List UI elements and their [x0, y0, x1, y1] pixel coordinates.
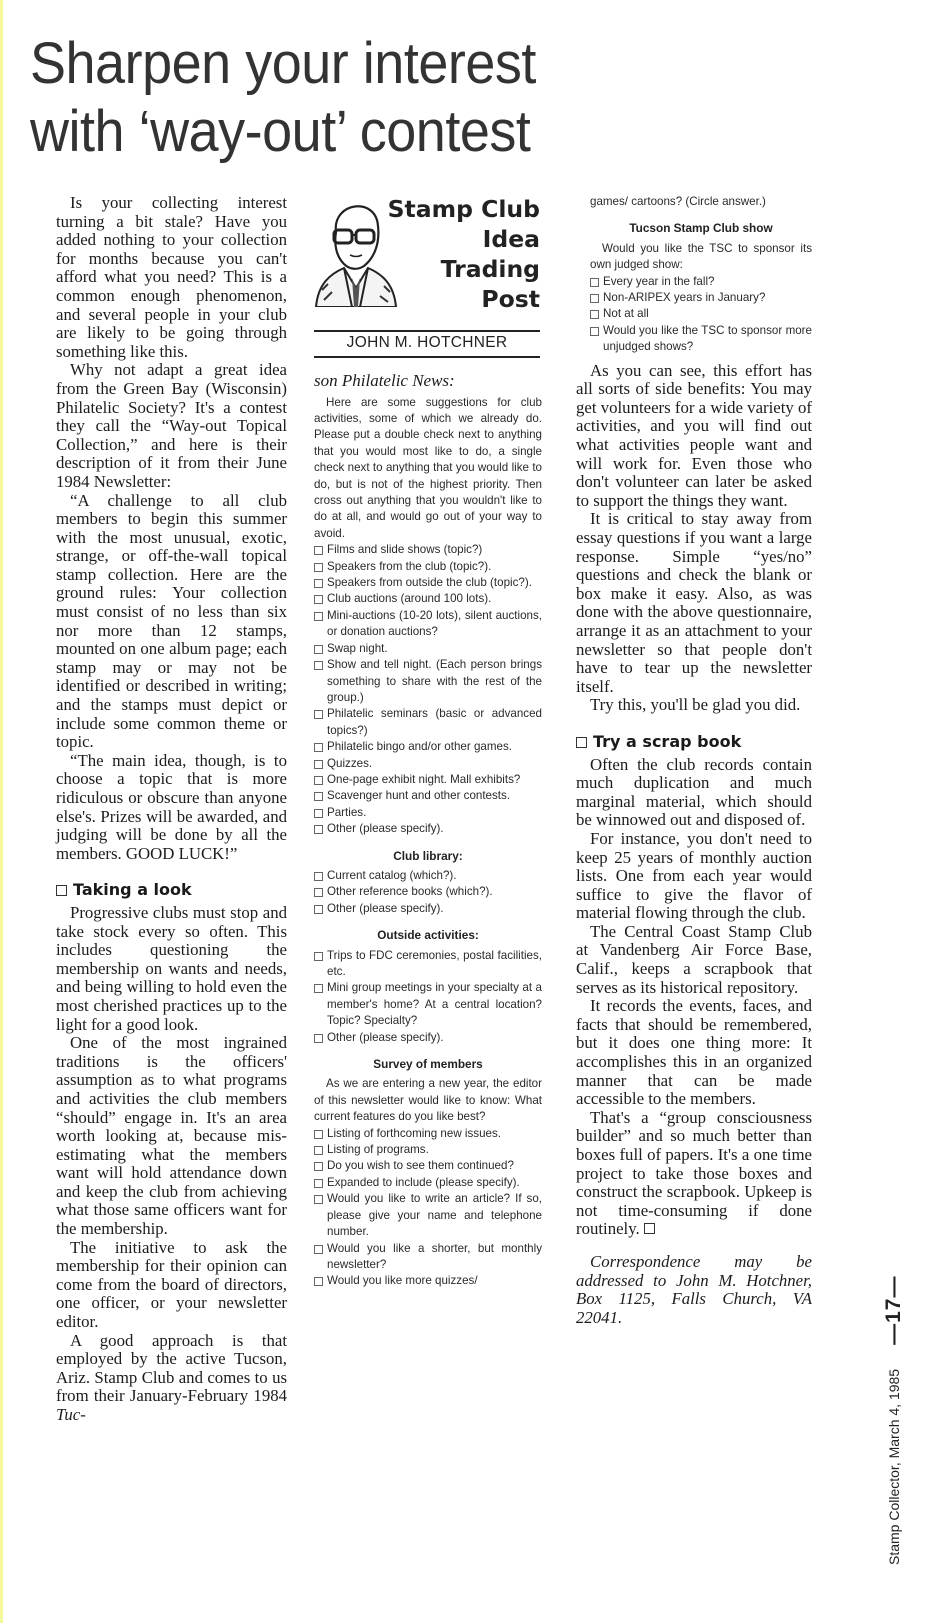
checkbox[interactable] — [314, 1245, 323, 1254]
paragraph: Progressive clubs must stop and take sto… — [56, 904, 287, 1034]
outside-checklist: Trips to FDC ceremonies, postal faciliti… — [314, 948, 542, 1046]
checkbox-square-icon — [56, 885, 67, 896]
checkbox[interactable] — [314, 905, 323, 914]
survey-intro: Here are some suggestions for club activ… — [314, 395, 542, 543]
survey-checklist: Listing of forthcoming new issues. Listi… — [314, 1126, 542, 1290]
paragraph: The Central Coast Stamp Club at Vandenbe… — [576, 923, 812, 997]
checkbox[interactable] — [314, 776, 323, 785]
activities-checklist: Films and slide shows (topic?) Speakers … — [314, 542, 542, 837]
checkbox[interactable] — [314, 809, 323, 818]
paragraph: For instance, you don't need to keep 25 … — [576, 830, 812, 923]
section-title-outside-activities: Outside activities: — [314, 927, 542, 943]
checklist-item[interactable]: Scavenger hunt and other contests. — [314, 788, 542, 804]
checklist-item[interactable]: One-page exhibit night. Mall exhibits? — [314, 772, 542, 788]
survey-continuation: games/ cartoons? (Circle answer.) — [590, 194, 812, 210]
headline: Sharpen your interest with ‘way-out’ con… — [30, 30, 700, 166]
column-logo-title: Stamp Club Idea Trading Post — [388, 194, 540, 314]
checklist-item[interactable]: Speakers from the club (topic?). — [314, 559, 542, 575]
show-intro: Would you like the TSC to sponsor its ow… — [590, 241, 812, 274]
paragraph: As you can see, this effort has all sort… — [576, 362, 812, 511]
checklist-item[interactable]: Other (please specify). — [314, 1030, 542, 1046]
section-title-survey: Survey of members — [314, 1056, 542, 1072]
section-title-tsc-show: Tucson Stamp Club show — [590, 220, 812, 236]
continued-italic-lead: son Philatelic News: — [314, 372, 542, 391]
checkbox[interactable] — [314, 1179, 323, 1188]
checklist-item[interactable]: Not at all — [590, 306, 812, 322]
paragraph: Why not adapt a great idea from the Gree… — [56, 361, 287, 491]
section-title-club-library: Club library: — [314, 848, 542, 864]
checkbox[interactable] — [314, 792, 323, 801]
library-checklist: Current catalog (which?). Other referenc… — [314, 868, 542, 917]
divider — [314, 330, 540, 332]
checkbox[interactable] — [590, 310, 599, 319]
end-mark-square-icon — [644, 1223, 655, 1234]
page-edge — [0, 0, 3, 1623]
checklist-item[interactable]: Club auctions (around 100 lots). — [314, 591, 542, 607]
checkbox[interactable] — [590, 327, 599, 336]
checklist-item[interactable]: Other (please specify). — [314, 901, 542, 917]
show-checklist: Every year in the fall? Non-ARIPEX years… — [590, 274, 812, 356]
subhead-taking-a-look: Taking a look — [56, 881, 287, 900]
column-1: Is your collecting interest turning a bi… — [56, 194, 287, 1425]
paragraph: “A challenge to all club members to begi… — [56, 492, 287, 752]
checklist-item[interactable]: Philatelic bingo and/or other games. — [314, 739, 542, 755]
subhead-try-a-scrap-book: Try a scrap book — [576, 733, 812, 752]
checkbox[interactable] — [590, 294, 599, 303]
checkbox[interactable] — [314, 952, 323, 961]
checkbox[interactable] — [314, 825, 323, 834]
correspondence-note: Correspondence may be addressed to John … — [576, 1253, 812, 1327]
checklist-item[interactable]: Do you wish to see them continued? — [314, 1158, 542, 1174]
paragraph: “The main idea, though, is to choose a t… — [56, 752, 287, 864]
headline-line-2: with ‘way-out’ contest — [30, 99, 530, 164]
publication-date: Stamp Collector, March 4, 1985 — [886, 1369, 902, 1565]
checklist-item[interactable]: Non-ARIPEX years in January? — [590, 290, 812, 306]
checkbox[interactable] — [314, 1195, 323, 1204]
survey-members-intro: As we are entering a new year, the edito… — [314, 1076, 542, 1125]
paragraph: It is critical to stay away from essay q… — [576, 510, 812, 696]
checkbox[interactable] — [314, 563, 323, 572]
checkbox[interactable] — [314, 760, 323, 769]
checklist-item[interactable]: Current catalog (which?). — [314, 868, 542, 884]
checkbox-square-icon — [576, 737, 587, 748]
checklist-item[interactable]: Every year in the fall? — [590, 274, 812, 290]
checkbox[interactable] — [314, 888, 323, 897]
byline: JOHN M. HOTCHNER — [314, 334, 540, 352]
paragraph: It records the events, faces, and facts … — [576, 997, 812, 1109]
checkbox[interactable] — [314, 546, 323, 555]
checkbox[interactable] — [314, 1130, 323, 1139]
checkbox[interactable] — [314, 1146, 323, 1155]
column-3: games/ cartoons? (Circle answer.) Tucson… — [576, 194, 812, 1327]
checklist-item[interactable]: Would you like the TSC to sponsor more u… — [590, 323, 812, 356]
checklist-item[interactable]: Mini group meetings in your specialty at… — [314, 980, 542, 1029]
checkbox[interactable] — [314, 984, 323, 993]
checkbox[interactable] — [314, 1277, 323, 1286]
checklist-item[interactable]: Quizzes. — [314, 756, 542, 772]
headline-line-1: Sharpen your interest — [30, 31, 536, 96]
checklist-item[interactable]: Mini-auctions (10-20 lots), silent aucti… — [314, 608, 542, 641]
paragraph: Often the club records contain much dupl… — [576, 756, 812, 830]
checkbox[interactable] — [314, 872, 323, 881]
paragraph: A good approach is that employed by the … — [56, 1332, 287, 1425]
checklist-item[interactable]: Would you like a shorter, but monthly ne… — [314, 1241, 542, 1274]
checklist-item[interactable]: Show and tell night. (Each person brings… — [314, 657, 542, 706]
divider — [314, 356, 540, 358]
checklist-item[interactable]: Parties. — [314, 805, 542, 821]
checklist-item[interactable]: Other reference books (which?). — [314, 884, 542, 900]
checkbox[interactable] — [314, 661, 323, 670]
column-2: son Philatelic News: Here are some sugge… — [314, 372, 542, 1290]
checklist-item[interactable]: Films and slide shows (topic?) — [314, 542, 542, 558]
paragraph: Try this, you'll be glad you did. — [576, 696, 812, 715]
checklist-item[interactable]: Other (please specify). — [314, 821, 542, 837]
checklist-item[interactable]: Trips to FDC ceremonies, postal faciliti… — [314, 948, 542, 981]
column-logo: Stamp Club Idea Trading Post — [314, 192, 540, 325]
checkbox[interactable] — [314, 1162, 323, 1171]
checkbox[interactable] — [314, 743, 323, 752]
checklist-item[interactable]: Expanded to include (please specify). — [314, 1175, 542, 1191]
checkbox[interactable] — [314, 579, 323, 588]
paragraph: Is your collecting interest turning a bi… — [56, 194, 287, 361]
checklist-item[interactable]: Philatelic seminars (basic or advanced t… — [314, 706, 542, 739]
checklist-item[interactable]: Would you like to write an article? If s… — [314, 1191, 542, 1240]
paragraph: One of the most ingrained traditions is … — [56, 1034, 287, 1239]
checklist-item[interactable]: Listing of programs. — [314, 1142, 542, 1158]
checkbox[interactable] — [314, 710, 323, 719]
page-number: —17— — [882, 1276, 906, 1345]
checkbox[interactable] — [314, 645, 323, 654]
checkbox[interactable] — [314, 612, 323, 621]
checklist-item[interactable]: Listing of forthcoming new issues. — [314, 1126, 542, 1142]
checklist-item[interactable]: Would you like more quizzes/ — [314, 1273, 542, 1289]
paragraph: The initiative to ask the membership for… — [56, 1239, 287, 1332]
checkbox[interactable] — [314, 1034, 323, 1043]
checklist-item[interactable]: Speakers from outside the club (topic?). — [314, 575, 542, 591]
page-folio: Stamp Collector, March 4, 1985 —17— — [882, 1276, 906, 1565]
checkbox[interactable] — [314, 595, 323, 604]
checkbox[interactable] — [590, 278, 599, 287]
checklist-item[interactable]: Swap night. — [314, 641, 542, 657]
paragraph: That's a “group consciousness builder” a… — [576, 1109, 812, 1239]
author-portrait-icon — [314, 192, 398, 307]
